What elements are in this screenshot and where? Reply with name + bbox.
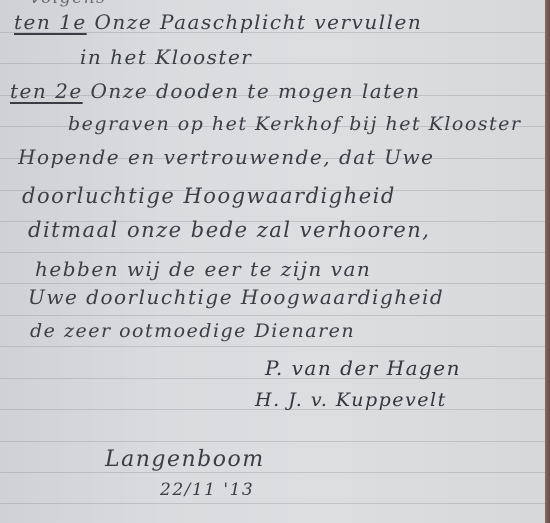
text-line-10: de zeer ootmoedige Dienaren <box>30 320 355 342</box>
date: 22/11 '13 <box>160 480 254 500</box>
text-line-3: ten 2e Onze dooden te mogen laten <box>10 79 421 103</box>
text-line-5: Hopende en vertrouwende, dat Uwe <box>18 145 434 169</box>
letter-page: volgens ten 1e Onze Paaschplicht vervull… <box>0 0 545 523</box>
point-label: ten 2e <box>10 79 83 103</box>
text-line-2: in het Klooster <box>80 45 252 69</box>
place-name: Langenboom <box>105 447 265 472</box>
line-text: Onze Paaschplicht vervullen <box>95 10 423 34</box>
ruled-line <box>0 283 545 284</box>
text-line-8: hebben wij de eer te zijn van <box>35 257 371 281</box>
ruled-line <box>0 503 545 504</box>
line-text: Onze dooden te mogen laten <box>91 79 421 103</box>
signature-2: H. J. v. Kuppevelt <box>255 389 447 411</box>
book-binding-edge <box>545 0 550 523</box>
text-line-9: Uwe doorluchtige Hoogwaardigheid <box>28 285 444 309</box>
ruled-line <box>0 252 545 253</box>
point-label: ten 1e <box>14 10 87 34</box>
ruled-line <box>0 346 545 347</box>
ruled-line <box>0 315 545 316</box>
text-line-4: begraven op het Kerkhof bij het Klooster <box>68 113 522 135</box>
text-line-7: ditmaal onze bede zal verhooren, <box>28 218 430 242</box>
ruled-line <box>0 441 545 442</box>
ruled-line <box>0 472 545 473</box>
partial-line: volgens <box>30 0 106 8</box>
text-line-6: doorluchtige Hoogwaardigheid <box>22 184 396 208</box>
text-line-1: ten 1e Onze Paaschplicht vervullen <box>14 10 422 34</box>
signature-1: P. van der Hagen <box>265 356 461 380</box>
